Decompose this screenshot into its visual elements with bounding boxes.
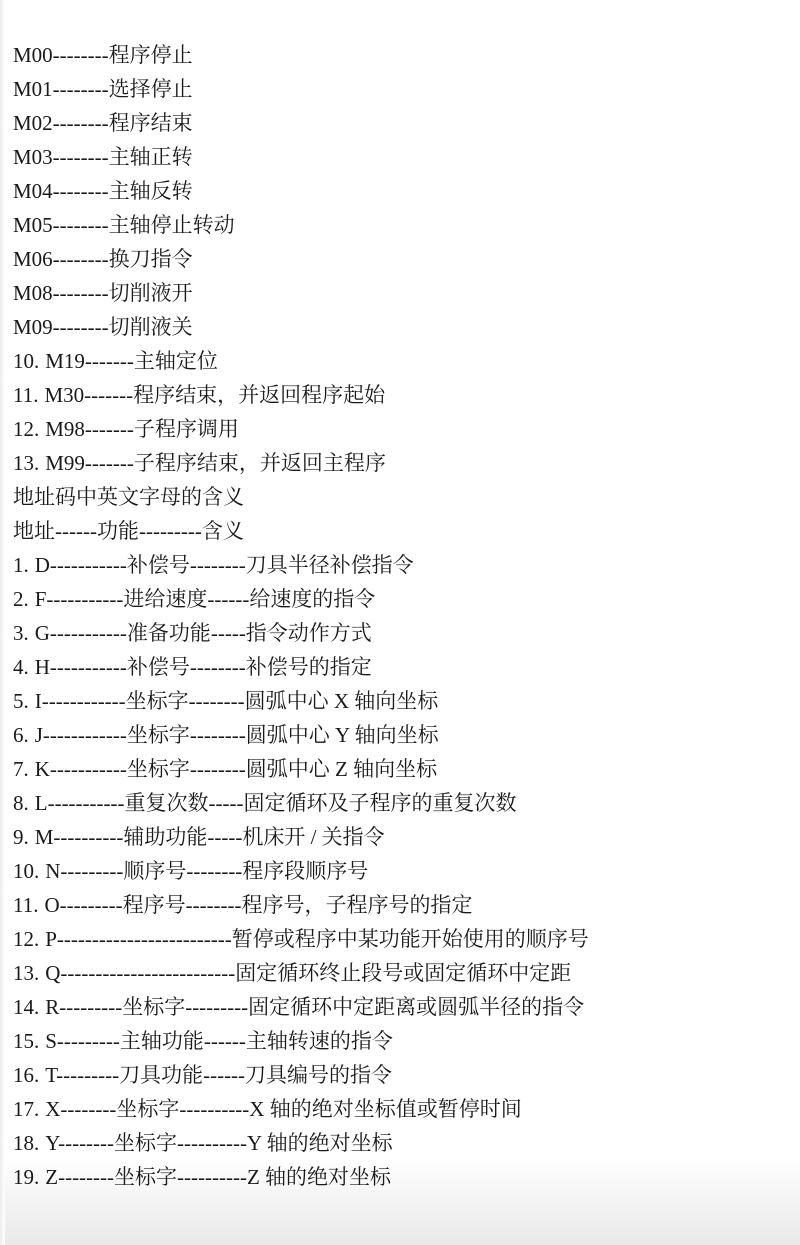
line-number: 5. bbox=[13, 689, 29, 713]
line-number: 11. bbox=[13, 893, 38, 917]
address-code-line: 18.Y--------坐标字----------Y 轴的绝对坐标 bbox=[13, 1126, 589, 1160]
page-edge-shadow bbox=[0, 0, 5, 1245]
line-number: 1. bbox=[13, 553, 29, 577]
line-number: 2. bbox=[13, 587, 29, 611]
code: M30------- bbox=[44, 383, 133, 407]
address-code-line: 17.X--------坐标字----------X 轴的绝对坐标值或暂停时间 bbox=[13, 1092, 589, 1126]
address-definition: Z--------坐标字----------Z 轴的绝对坐标 bbox=[45, 1165, 391, 1189]
address-definition: R---------坐标字---------固定循环中定距离或圆弧半径的指令 bbox=[45, 995, 584, 1019]
line-number: 14. bbox=[13, 995, 39, 1019]
description: 主轴定位 bbox=[134, 349, 218, 373]
line-number: 19. bbox=[13, 1165, 39, 1189]
line-number: 16. bbox=[13, 1063, 39, 1087]
m-code-numbered-line: 13.M99-------子程序结束，并返回主程序 bbox=[13, 446, 589, 480]
line-number: 3. bbox=[13, 621, 29, 645]
description: 切削液开 bbox=[109, 281, 193, 305]
description: 子程序结束，并返回主程序 bbox=[134, 451, 386, 475]
m-code-line: M08--------切削液开 bbox=[13, 276, 589, 310]
line-number: 13. bbox=[13, 961, 39, 985]
line-number: 12. bbox=[13, 927, 39, 951]
description: 程序停止 bbox=[109, 43, 193, 67]
address-code-line: 8.L-----------重复次数-----固定循环及子程序的重复次数 bbox=[13, 786, 589, 820]
address-code-line: 13.Q-------------------------固定循环终止段号或固定… bbox=[13, 956, 589, 990]
address-code-line: 5.I------------坐标字--------圆弧中心 X 轴向坐标 bbox=[13, 684, 589, 718]
line-number: 15. bbox=[13, 1029, 39, 1053]
address-code-line: 19.Z--------坐标字----------Z 轴的绝对坐标 bbox=[13, 1160, 589, 1194]
m-code-line: M02--------程序结束 bbox=[13, 106, 589, 140]
section-title: 地址码中英文字母的含义 bbox=[13, 480, 589, 514]
address-code-line: 6.J------------坐标字--------圆弧中心 Y 轴向坐标 bbox=[13, 718, 589, 752]
description: 主轴正转 bbox=[109, 145, 193, 169]
m-code-line: M05--------主轴停止转动 bbox=[13, 208, 589, 242]
m-code-numbered-line: 11.M30-------程序结束，并返回程序起始 bbox=[13, 378, 589, 412]
address-definition: M----------辅助功能-----机床开 / 关指令 bbox=[35, 825, 385, 849]
m-code-line: M00--------程序停止 bbox=[13, 38, 589, 72]
address-definition: L-----------重复次数-----固定循环及子程序的重复次数 bbox=[35, 791, 517, 815]
address-definition: F-----------进给速度------给速度的指令 bbox=[35, 587, 376, 611]
line-number: 18. bbox=[13, 1131, 39, 1155]
line-number: 10. bbox=[13, 859, 39, 883]
code: M09-------- bbox=[13, 315, 109, 339]
address-definition: H-----------补偿号--------补偿号的指定 bbox=[35, 655, 372, 679]
address-code-line: 3.G-----------准备功能-----指令动作方式 bbox=[13, 616, 589, 650]
address-definition: X--------坐标字----------X 轴的绝对坐标值或暂停时间 bbox=[45, 1097, 521, 1121]
code: M98------- bbox=[45, 417, 134, 441]
line-number: 8. bbox=[13, 791, 29, 815]
m-code-line: M06--------换刀指令 bbox=[13, 242, 589, 276]
line-number: 12. bbox=[13, 417, 39, 441]
table-header: 地址------功能---------含义 bbox=[13, 514, 589, 548]
address-code-line: 16.T---------刀具功能------刀具编号的指令 bbox=[13, 1058, 589, 1092]
m-code-line: M04--------主轴反转 bbox=[13, 174, 589, 208]
code: M01-------- bbox=[13, 77, 109, 101]
address-code-line: 7.K-----------坐标字--------圆弧中心 Z 轴向坐标 bbox=[13, 752, 589, 786]
description: 程序结束，并返回程序起始 bbox=[133, 383, 385, 407]
address-definition: P-------------------------暂停或程序中某功能开始使用的… bbox=[45, 927, 589, 951]
line-number: 13. bbox=[13, 451, 39, 475]
line-number: 17. bbox=[13, 1097, 39, 1121]
address-definition: D-----------补偿号--------刀具半径补偿指令 bbox=[35, 553, 414, 577]
code: M99------- bbox=[45, 451, 134, 475]
address-code-line: 2.F-----------进给速度------给速度的指令 bbox=[13, 582, 589, 616]
description: 程序结束 bbox=[109, 111, 193, 135]
address-definition: S---------主轴功能------主轴转速的指令 bbox=[45, 1029, 393, 1053]
code: M02-------- bbox=[13, 111, 109, 135]
address-code-line: 1.D-----------补偿号--------刀具半径补偿指令 bbox=[13, 548, 589, 582]
line-number: 4. bbox=[13, 655, 29, 679]
line-number: 11. bbox=[13, 383, 38, 407]
code: M03-------- bbox=[13, 145, 109, 169]
code: M19------- bbox=[45, 349, 134, 373]
m-code-numbered-line: 10.M19-------主轴定位 bbox=[13, 344, 589, 378]
address-code-line: 15.S---------主轴功能------主轴转速的指令 bbox=[13, 1024, 589, 1058]
m-code-numbered-line: 12.M98-------子程序调用 bbox=[13, 412, 589, 446]
m-code-line: M09--------切削液关 bbox=[13, 310, 589, 344]
address-definition: N---------顺序号--------程序段顺序号 bbox=[45, 859, 368, 883]
description: 主轴反转 bbox=[109, 179, 193, 203]
m-code-line: M03--------主轴正转 bbox=[13, 140, 589, 174]
address-code-line: 4.H-----------补偿号--------补偿号的指定 bbox=[13, 650, 589, 684]
address-definition: J------------坐标字--------圆弧中心 Y 轴向坐标 bbox=[35, 723, 439, 747]
code: M04-------- bbox=[13, 179, 109, 203]
line-number: 6. bbox=[13, 723, 29, 747]
line-number: 9. bbox=[13, 825, 29, 849]
address-definition: Q-------------------------固定循环终止段号或固定循环中… bbox=[45, 961, 571, 985]
line-number: 10. bbox=[13, 349, 39, 373]
description: 子程序调用 bbox=[134, 417, 239, 441]
document-body: M00--------程序停止 M01--------选择停止 M02-----… bbox=[13, 38, 589, 1194]
code: M08-------- bbox=[13, 281, 109, 305]
address-definition: O---------程序号--------程序号，子程序号的指定 bbox=[44, 893, 472, 917]
address-code-line: 12.P-------------------------暂停或程序中某功能开始… bbox=[13, 922, 589, 956]
address-definition: Y--------坐标字----------Y 轴的绝对坐标 bbox=[45, 1131, 392, 1155]
document-page: M00--------程序停止 M01--------选择停止 M02-----… bbox=[0, 0, 800, 1245]
address-definition: G-----------准备功能-----指令动作方式 bbox=[35, 621, 372, 645]
address-code-line: 11.O---------程序号--------程序号，子程序号的指定 bbox=[13, 888, 589, 922]
address-code-line: 10.N---------顺序号--------程序段顺序号 bbox=[13, 854, 589, 888]
code: M00-------- bbox=[13, 43, 109, 67]
address-definition: K-----------坐标字--------圆弧中心 Z 轴向坐标 bbox=[35, 757, 437, 781]
description: 换刀指令 bbox=[109, 247, 193, 271]
description: 切削液关 bbox=[109, 315, 193, 339]
address-code-line: 14.R---------坐标字---------固定循环中定距离或圆弧半径的指… bbox=[13, 990, 589, 1024]
code: M05-------- bbox=[13, 213, 109, 237]
description: 主轴停止转动 bbox=[109, 213, 235, 237]
m-code-line: M01--------选择停止 bbox=[13, 72, 589, 106]
address-definition: T---------刀具功能------刀具编号的指令 bbox=[45, 1063, 392, 1087]
line-number: 7. bbox=[13, 757, 29, 781]
address-code-line: 9.M----------辅助功能-----机床开 / 关指令 bbox=[13, 820, 589, 854]
address-definition: I------------坐标字--------圆弧中心 X 轴向坐标 bbox=[35, 689, 439, 713]
code: M06-------- bbox=[13, 247, 109, 271]
description: 选择停止 bbox=[109, 77, 193, 101]
